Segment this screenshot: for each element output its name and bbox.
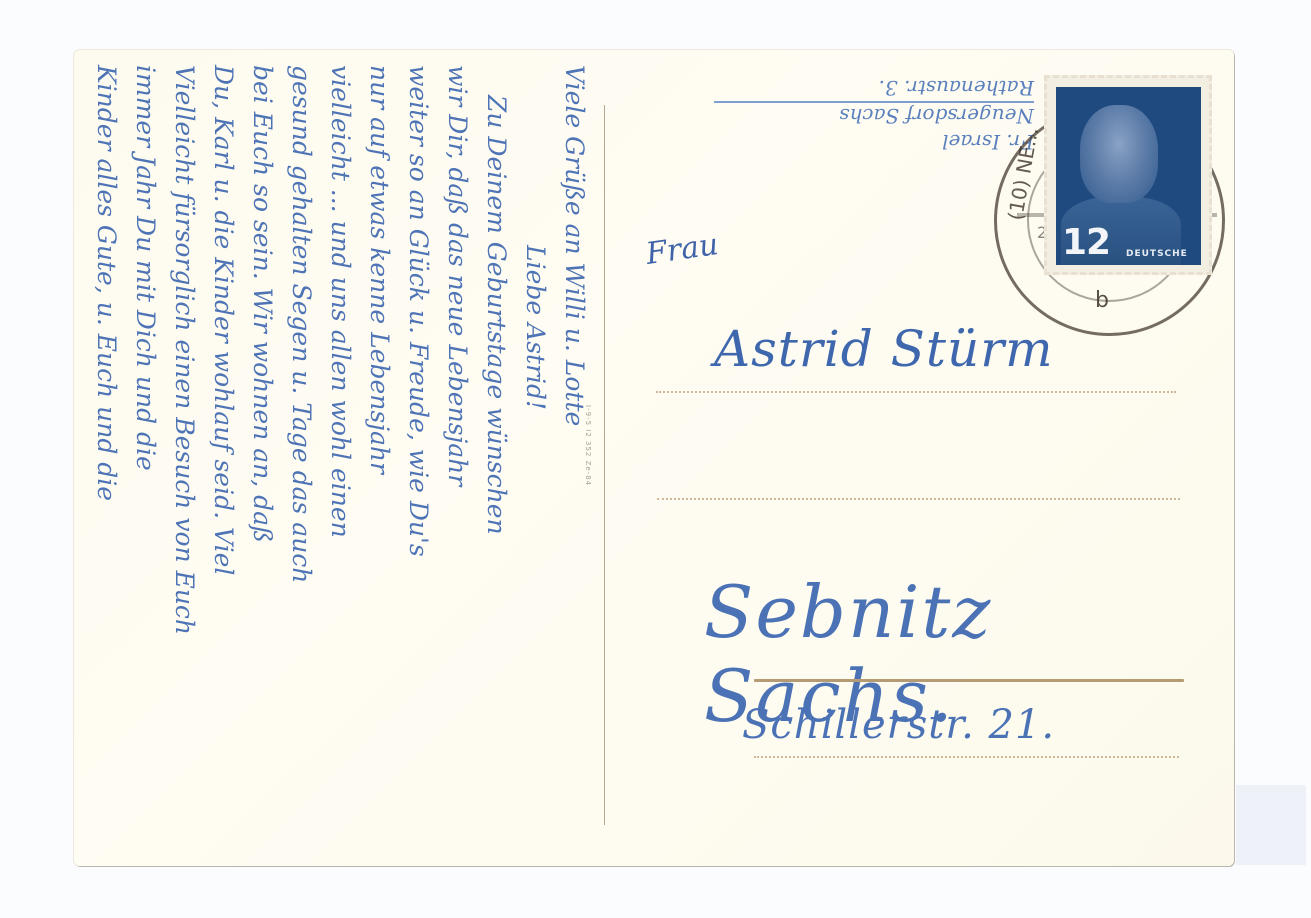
address-line-underline <box>754 679 1184 682</box>
message-line: Du, Karl u. die Kinder wohlauf seid. Vie… <box>204 65 243 865</box>
message-line: Zu Deinem Geburtstage wünschen <box>477 65 516 865</box>
stamp-design: 12 DEUTSCHE DEMOKRATISCHE REPUBLIK <box>1056 87 1201 265</box>
message-line: weiter so an Glück u. Freude, wie Du's <box>399 65 438 865</box>
handwritten-message: Viele Grüße an Willi u. Lotte Liebe Astr… <box>154 65 594 865</box>
recipient-name: Astrid Stürm <box>714 320 1054 378</box>
postage-stamp: 12 DEUTSCHE DEMOKRATISCHE REPUBLIK <box>1044 75 1212 275</box>
message-line: vielleicht ... und uns allen wohl einen <box>321 65 360 865</box>
stamp-country: DEUTSCHE <box>1126 249 1188 259</box>
sender-address: Fr. Israel Neugersdorf Sachs Rathenaustr… <box>714 75 1034 155</box>
message-line: bei Euch so sein. Wir wohnen an, daß <box>243 65 282 865</box>
address-line <box>657 498 1180 500</box>
stamp-value: 12 <box>1062 222 1110 263</box>
message-line: immer Jahr Du mit Dich und die <box>126 65 165 865</box>
message-line: gesund gehalten Segen u. Tage das auch <box>282 65 321 865</box>
portrait-head-icon <box>1080 105 1158 203</box>
message-line: Vielleicht fürsorglich einen Besuch von … <box>165 65 204 865</box>
center-divider <box>604 105 605 825</box>
sender-line: Rathenaustr. 3. <box>714 75 1034 101</box>
address-line <box>754 756 1179 758</box>
address-line <box>656 391 1176 393</box>
postcard: Viele Grüße an Willi u. Lotte Liebe Astr… <box>74 50 1234 866</box>
sender-line: Neugersdorf Sachs <box>714 101 1034 129</box>
message-line: Kinder alles Gute, u. Euch und die <box>87 65 126 865</box>
scanner-background <box>1236 785 1306 865</box>
recipient-salutation: Frau <box>644 227 721 272</box>
message-greeting: Liebe Astrid! <box>516 65 555 865</box>
printed-code: I-9-5 I2 352 Ze-84 <box>584 405 592 486</box>
postmark-letter: b <box>1095 288 1109 313</box>
message-line: nur auf etwas kenne Lebensjahr <box>360 65 399 865</box>
recipient-street: Schillerstr. 21. <box>742 702 1055 748</box>
message-line: wir Dir, daß das neue Lebensjahr <box>438 65 477 865</box>
sender-line: Fr. Israel <box>714 129 1034 155</box>
